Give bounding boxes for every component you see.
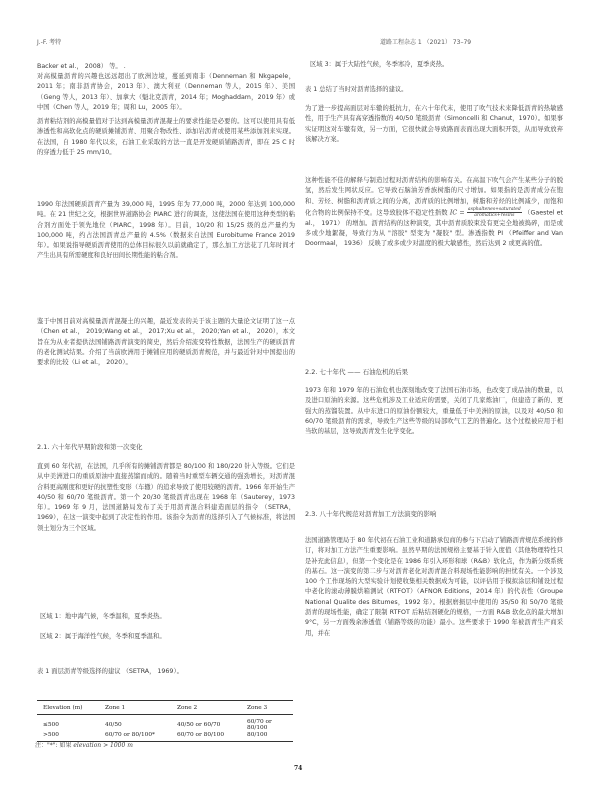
running-header-author: J.-F. 考特 — [37, 37, 61, 46]
page-number: 74 — [294, 765, 302, 772]
left-paragraph-5: 直到 60 年代初，在法国，几乎所有的摊铺沥青都是 80/100 和 180/2… — [37, 462, 295, 534]
table-1-note: 注："*": 如果 elevation > 1000 m — [35, 740, 133, 749]
table-cell: 40/50 — [99, 715, 171, 732]
right-paragraph-4: 法国道路管理局于 80 年代初在石油工业和道路承包商的参与下启动了铺路沥青规范系… — [305, 536, 563, 639]
left-paragraph-2: 沥青粘结剂的高模量值对于达到高模量沥青混凝土的要求性能是必要的。这可以使用具有低… — [37, 117, 295, 158]
formula-denominator: aromatics+resins — [474, 213, 514, 218]
right-paragraph-3: 1973 年和 1979 年的石油危机也深刻地改变了法国石油市场，也改变了成品油… — [305, 386, 563, 437]
section-heading-2-2: 2.2. 七十年代 —— 石油危机的后果 — [305, 367, 408, 376]
left-paragraph-3: 1990 年法国硬质沥青产量为 39,000 吨，1995 年为 77,000 … — [37, 200, 295, 262]
table-1-intro: 表 1 总结了当时对沥青选择的建议。 — [305, 85, 563, 95]
table-1: Elevation (m) Zone 1 Zone 2 Zone 3 ≤500 … — [37, 700, 293, 742]
table-header-zone-2: Zone 2 — [171, 701, 241, 715]
table-note-prefix: 注："*": 如果 — [35, 742, 71, 749]
section-heading-2-3: 2.3. 八十年代规范对沥青加工方法演变的影响 — [305, 509, 436, 518]
table-cell: ≤500 — [37, 715, 99, 732]
running-header-journal: 道路工程杂志 1 （2021） 73–79 — [380, 37, 471, 46]
table-cell: 40/50 or 60/70 — [171, 715, 241, 732]
section-heading-2-1: 2.1. 六十年代早期阶段和第一次变化 — [37, 442, 142, 451]
zone-1-description: 区域 1：地中海气候，冬季温和，夏季炎热。 — [40, 612, 280, 622]
table-row: ≤500 40/50 40/50 or 60/70 60/70 or 80/10… — [37, 715, 293, 732]
table-1-caption: 表 1 面层沥青等级选择的建议 （SETRA， 1969）。 — [37, 667, 287, 677]
colloidal-instability-formula: asphaltenes+saturated aromatics+resins — [467, 207, 522, 218]
table-cell: 60/70 or 80/100 — [171, 731, 241, 742]
table-header-zone-3: Zone 3 — [241, 701, 293, 715]
formula-lhs: IC = — [450, 209, 465, 216]
table-header-row: Elevation (m) Zone 1 Zone 2 Zone 3 — [37, 701, 293, 715]
right-paragraph-2: 这种性能不佳的解释与制造过程对沥青结构的影响有关。在高温下吹气会产生某些分子的脱… — [305, 176, 563, 250]
right-paragraph-1: 为了进一步提高面层对车辙的抵抗力，在六十年代末，使用了吹气技术来降低沥青的热敏感… — [305, 104, 563, 145]
table-cell: 60/70 or 80/100 — [241, 715, 293, 732]
left-paragraph-1: 对高模量沥青的兴趣也远远超出了欧洲边境，蔓延到南非（Denneman 和 Nkg… — [37, 72, 295, 113]
zone-2-description: 区域 2：属于海洋性气候，冬季和夏季温和。 — [40, 632, 280, 642]
table-note-condition: elevation > 1000 m — [73, 742, 133, 749]
zone-3-description: 区域 3：属于大陆性气候，冬季寒冷，夏季炎热。 — [310, 60, 568, 70]
table-header-zone-1: Zone 1 — [99, 701, 171, 715]
left-paragraph-4: 鉴于中国目前对高模量沥青混凝土的兴趣，最近发表的关于该主题的大量论文证明了这一点… — [37, 317, 295, 368]
table-header-elevation: Elevation (m) — [37, 701, 99, 715]
table-cell: 80/100 — [241, 731, 293, 742]
left-paragraph-1-lead: Backer et al.， 2008） 等。 . — [37, 62, 295, 72]
